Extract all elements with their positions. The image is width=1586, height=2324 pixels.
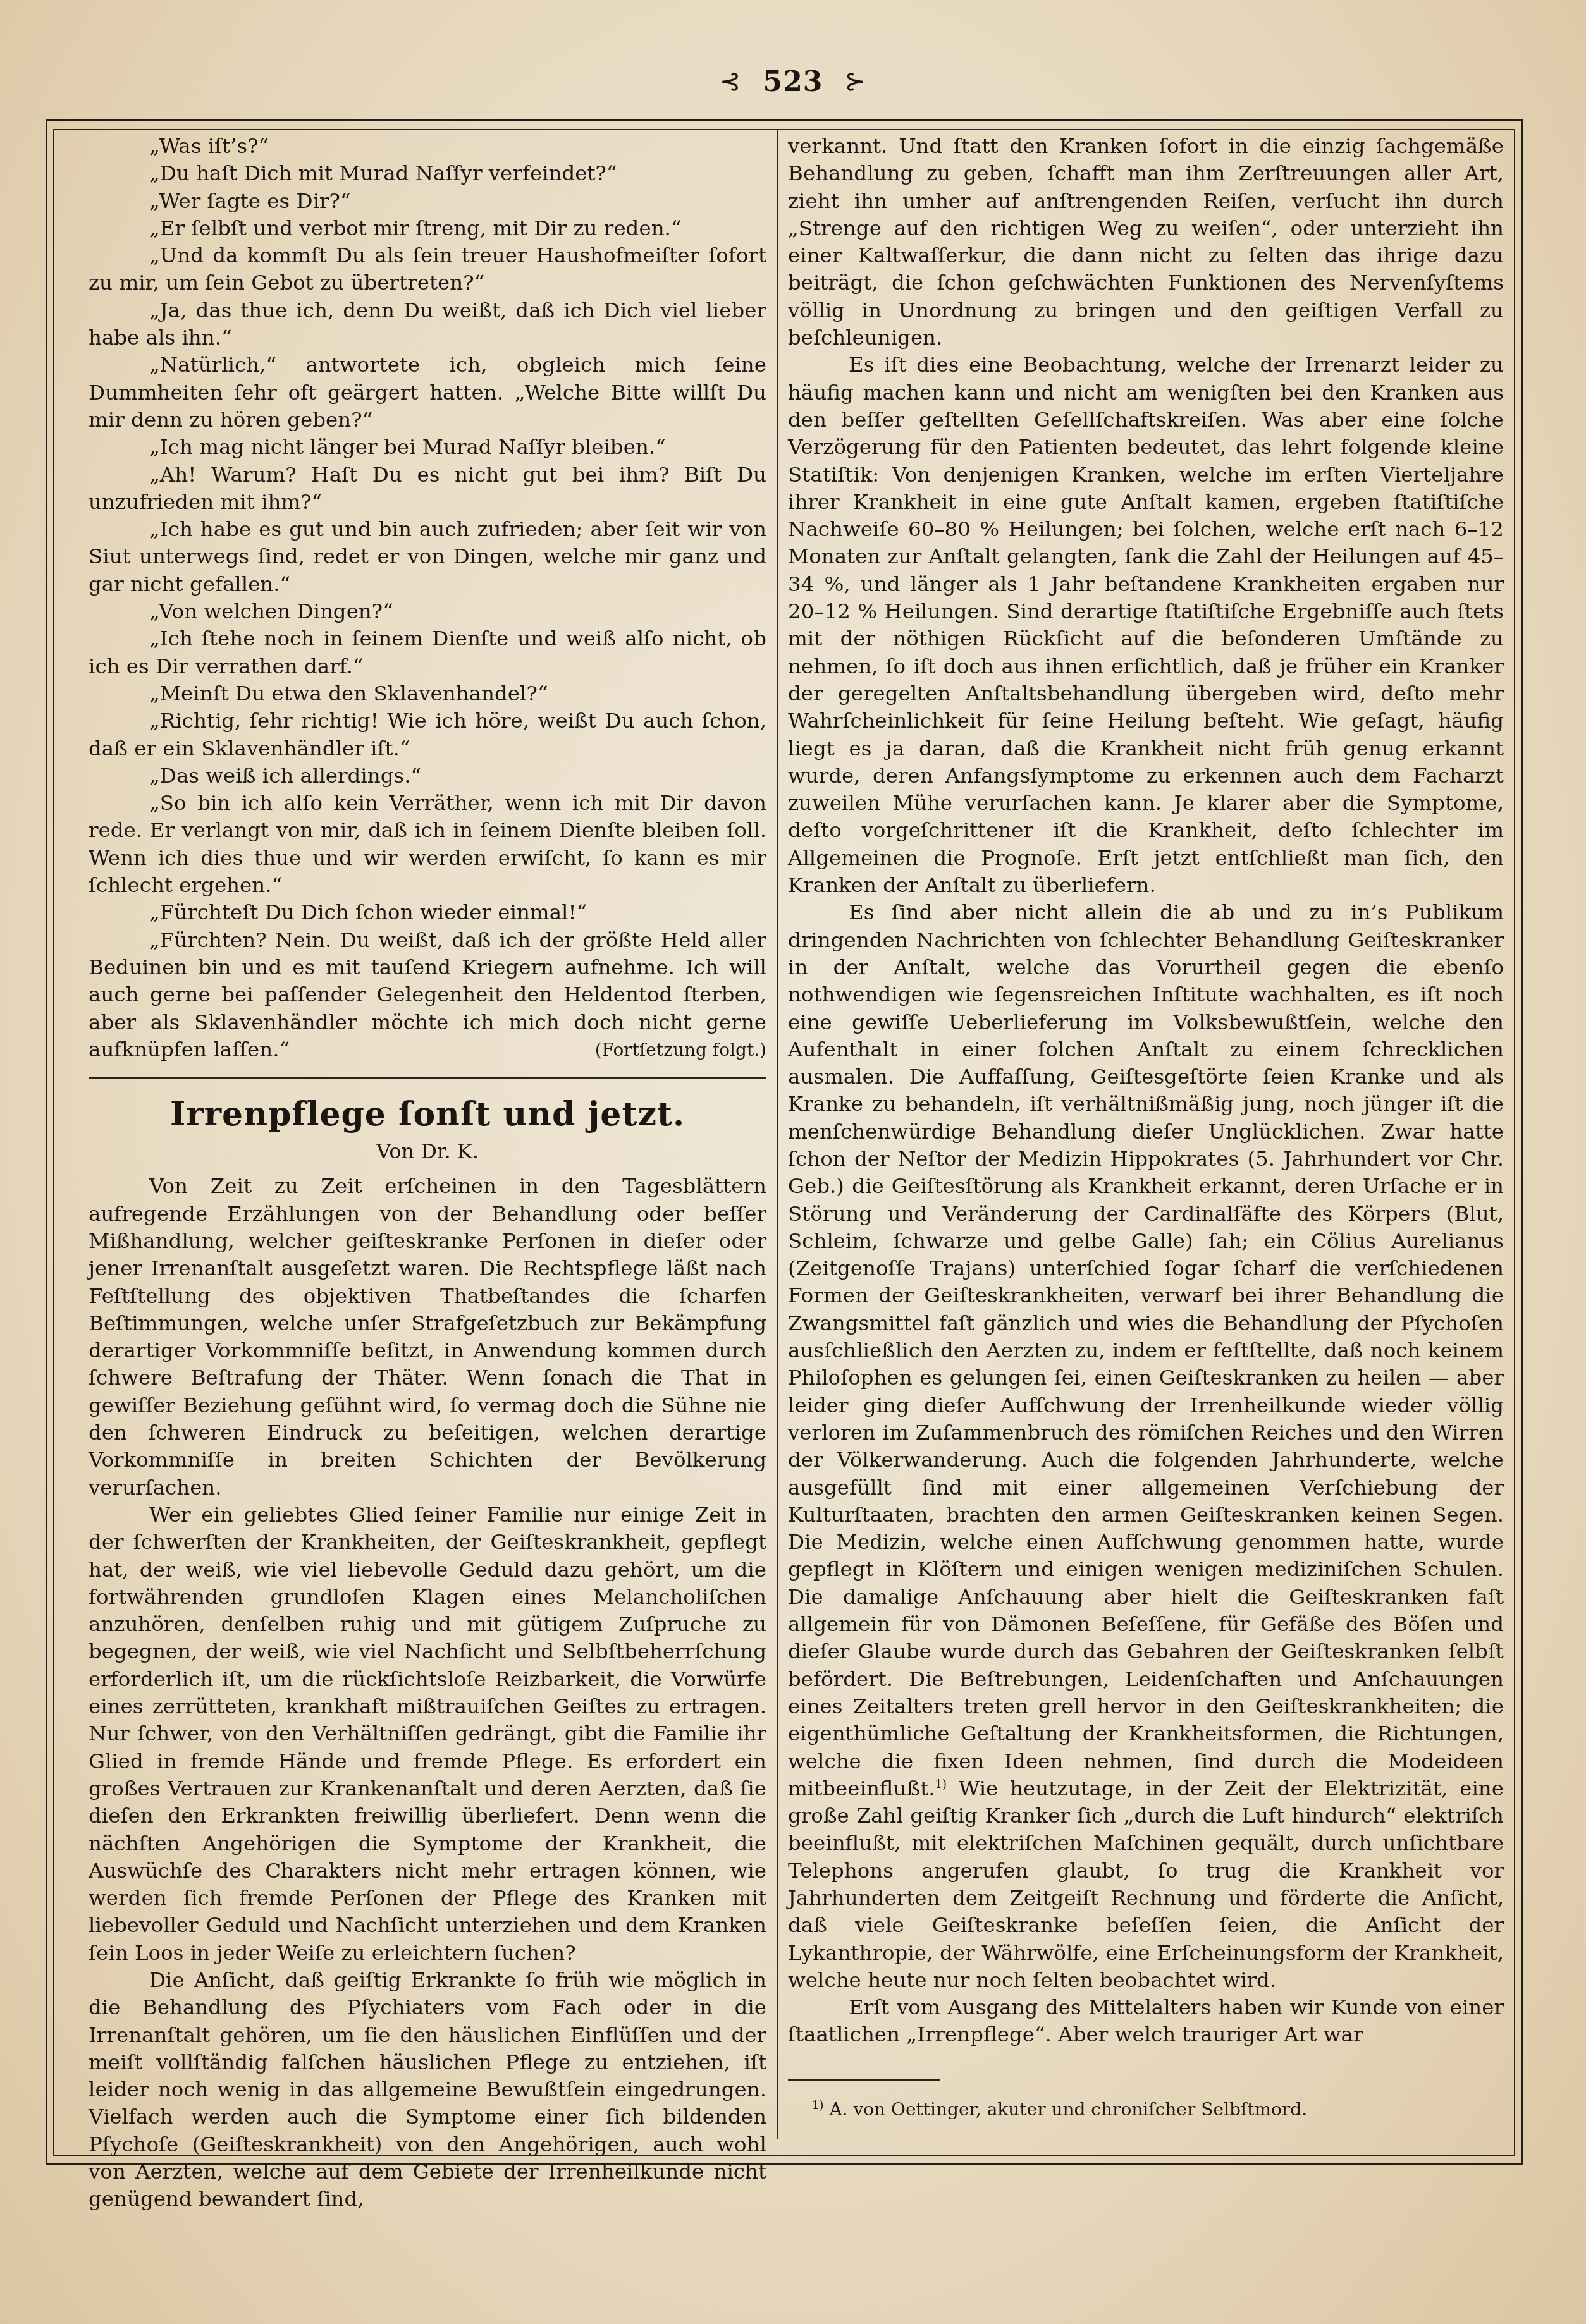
dialogue-line: „Ich habe es gut und bin auch zufrieden;… — [89, 516, 766, 598]
dialogue-line: „Ah! Warum? Haſt Du es nicht gut bei ihm… — [89, 462, 766, 517]
page-header: ⊰523⊱ — [0, 66, 1586, 98]
dialogue-line: „Was iſt’s?“ — [89, 133, 766, 160]
article-paragraph: Die Anſicht, daß geiſtig Erkrankte ſo fr… — [89, 1967, 766, 2213]
dialogue-line: „Ja, das thue ich, denn Du weißt, daß ic… — [89, 297, 766, 352]
article-paragraph: Es ſind aber nicht allein die ab und zu … — [788, 899, 1504, 1994]
dialogue-line: „Ich mag nicht länger bei Murad Naſſyr b… — [89, 434, 766, 461]
page-number: 523 — [763, 66, 823, 98]
footnote: 1) A. von Oettinger, akuter und chroniſc… — [788, 2097, 1504, 2122]
ornament-left-icon: ⊰ — [720, 67, 742, 96]
article-paragraph: verkannt. Und ſtatt den Kranken ſofort i… — [788, 133, 1504, 352]
footnote-separator — [788, 2079, 940, 2081]
paragraph-text-continued: Wie heutzutage, in der Zeit der Elektriz… — [788, 1777, 1504, 1992]
column-divider — [777, 130, 778, 2139]
dialogue-line: „Fürchteſt Du Dich ſchon wieder einmal!“ — [89, 899, 766, 926]
dialogue-line: „Du haſt Dich mit Murad Naſſyr verfeinde… — [89, 160, 766, 187]
article-title: Irrenpflege ſonſt und jetzt. — [89, 1094, 766, 1135]
dialogue-line: „So bin ich alſo kein Verräther, wenn ic… — [89, 790, 766, 899]
footnote-text: A. von Oettinger, akuter und chroniſcher… — [829, 2099, 1307, 2120]
article: Irrenpflege ſonſt und jetzt. Von Dr. K. … — [89, 1094, 766, 2213]
article-byline: Von Dr. K. — [89, 1137, 766, 1165]
dialogue-line: „Meinſt Du etwa den Sklavenhandel?“ — [89, 680, 766, 707]
footnote-marker: 1) — [812, 2098, 823, 2112]
dialogue-line: „Ich ſtehe noch in ſeinem Dienſte und we… — [89, 625, 766, 680]
dialogue-line: „Das weiß ich allerdings.“ — [89, 762, 766, 790]
article-paragraph: Erſt vom Ausgang des Mittelalters haben … — [788, 1994, 1504, 2049]
right-column: verkannt. Und ſtatt den Kranken ſofort i… — [788, 133, 1504, 2122]
article-paragraph: Von Zeit zu Zeit erſcheinen in den Tages… — [89, 1173, 766, 1501]
footnote-reference[interactable]: 1) — [935, 1778, 947, 1791]
dialogue-line: „Wer ſagte es Dir?“ — [89, 188, 766, 215]
ornament-right-icon: ⊱ — [844, 67, 866, 96]
section-separator — [89, 1077, 766, 1079]
paragraph-text: Es ſind aber nicht allein die ab und zu … — [788, 900, 1504, 1801]
dialogue-line: „Richtig, ſehr richtig! Wie ich höre, we… — [89, 707, 766, 762]
dialogue-line: „Er ſelbſt und verbot mir ſtreng, mit Di… — [89, 215, 766, 242]
article-paragraph: Wer ein geliebtes Glied ſeiner Familie n… — [89, 1501, 766, 1967]
left-column: „Was iſt’s?“ „Du haſt Dich mit Murad Naſ… — [89, 133, 766, 2213]
story-continuation: „Was iſt’s?“ „Du haſt Dich mit Murad Naſ… — [89, 133, 766, 1063]
dialogue-line: „Und da kommſt Du als ſein treuer Hausho… — [89, 242, 766, 297]
dialogue-line: „Natürlich,“ antwortete ich, obgleich mi… — [89, 352, 766, 434]
dialogue-line: „Von welchen Dingen?“ — [89, 598, 766, 625]
article-paragraph: Es iſt dies eine Beobachtung, welche der… — [788, 352, 1504, 899]
